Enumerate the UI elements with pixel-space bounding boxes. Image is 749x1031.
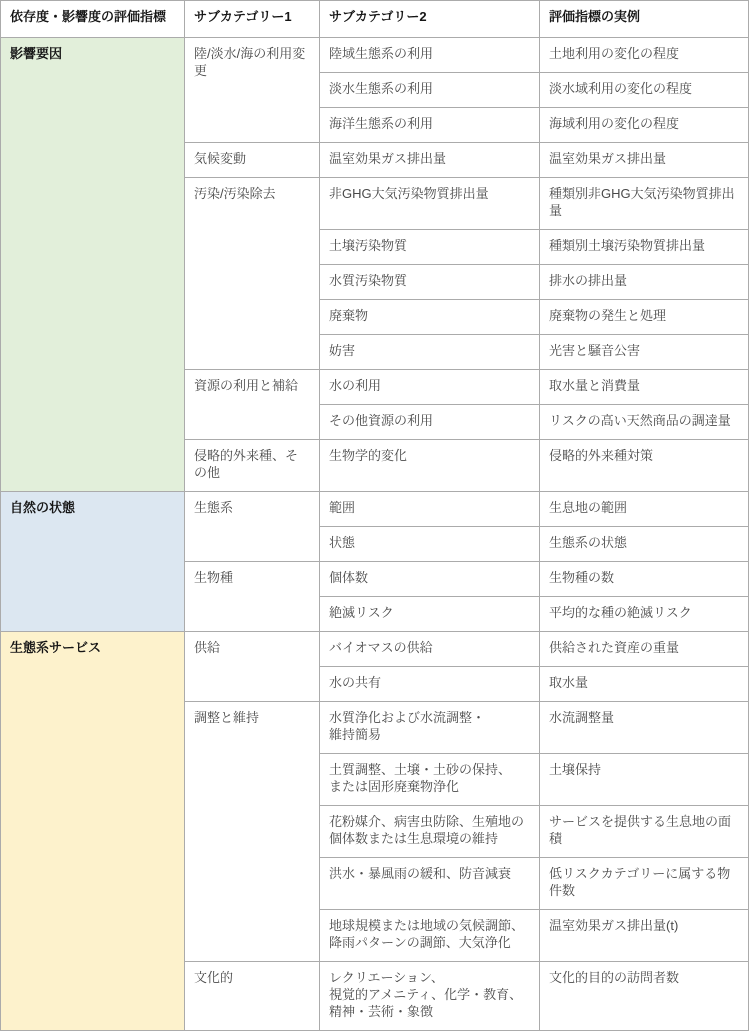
subcategory2-cell: 範囲	[320, 492, 540, 527]
subcategory2-cell: 状態	[320, 527, 540, 562]
subcategory2-cell: 絶滅リスク	[320, 597, 540, 632]
example-cell: 種類別土壌汚染物質排出量	[540, 230, 749, 265]
table-row: 影響要因陸/淡水/海の利用変更陸域生態系の利用土地利用の変化の程度	[1, 38, 749, 73]
subcategory2-cell: 廃棄物	[320, 300, 540, 335]
category-cell: 影響要因	[1, 38, 185, 492]
header-row: 依存度・影響度の評価指標サブカテゴリー1サブカテゴリー2評価指標の実例	[1, 1, 749, 38]
header-cell: サブカテゴリー1	[185, 1, 320, 38]
page: 依存度・影響度の評価指標サブカテゴリー1サブカテゴリー2評価指標の実例 影響要因…	[0, 0, 749, 1031]
subcategory2-cell: 陸域生態系の利用	[320, 38, 540, 73]
example-cell: 温室効果ガス排出量(t)	[540, 910, 749, 962]
subcategory2-cell: 土質調整、土壌・土砂の保持、 または固形廃棄物浄化	[320, 754, 540, 806]
table-row: 生態系サービス供給バイオマスの供給供給された資産の重量	[1, 632, 749, 667]
example-cell: 生物種の数	[540, 562, 749, 597]
example-cell: 種類別非GHG大気汚染物質排出量	[540, 178, 749, 230]
header-cell: 評価指標の実例	[540, 1, 749, 38]
header-cell: 依存度・影響度の評価指標	[1, 1, 185, 38]
subcategory2-cell: 水の共有	[320, 667, 540, 702]
subcategory2-cell: 水の利用	[320, 370, 540, 405]
subcategory2-cell: レクリエーション、 視覚的アメニティ、化学・教育、 精神・芸術・象徴	[320, 962, 540, 1031]
header-cell: サブカテゴリー2	[320, 1, 540, 38]
subcategory1-cell: 供給	[185, 632, 320, 702]
subcategory1-cell: 汚染/汚染除去	[185, 178, 320, 370]
subcategory1-cell: 資源の利用と補給	[185, 370, 320, 440]
example-cell: 廃棄物の発生と処理	[540, 300, 749, 335]
subcategory1-cell: 侵略的外来種、その他	[185, 440, 320, 492]
evaluation-indicator-table: 依存度・影響度の評価指標サブカテゴリー1サブカテゴリー2評価指標の実例 影響要因…	[0, 0, 749, 1031]
example-cell: 温室効果ガス排出量	[540, 143, 749, 178]
subcategory2-cell: 淡水生態系の利用	[320, 73, 540, 108]
example-cell: 土地利用の変化の程度	[540, 38, 749, 73]
subcategory2-cell: 水質浄化および水流調整・ 維持簡易	[320, 702, 540, 754]
subcategory2-cell: その他資源の利用	[320, 405, 540, 440]
subcategory1-cell: 生態系	[185, 492, 320, 562]
table-row: 自然の状態生態系範囲生息地の範囲	[1, 492, 749, 527]
example-cell: 海域利用の変化の程度	[540, 108, 749, 143]
category-cell: 生態系サービス	[1, 632, 185, 1031]
table-body: 影響要因陸/淡水/海の利用変更陸域生態系の利用土地利用の変化の程度淡水生態系の利…	[1, 38, 749, 1031]
subcategory2-cell: 地球規模または地域の気候調節、 降雨パターンの調節、大気浄化	[320, 910, 540, 962]
example-cell: 排水の排出量	[540, 265, 749, 300]
subcategory2-cell: 個体数	[320, 562, 540, 597]
subcategory2-cell: 非GHG大気汚染物質排出量	[320, 178, 540, 230]
example-cell: 取水量	[540, 667, 749, 702]
subcategory2-cell: 土壌汚染物質	[320, 230, 540, 265]
example-cell: 生息地の範囲	[540, 492, 749, 527]
subcategory1-cell: 生物種	[185, 562, 320, 632]
subcategory2-cell: 洪水・暴風雨の緩和、防音減衰	[320, 858, 540, 910]
example-cell: 文化的目的の訪問者数	[540, 962, 749, 1031]
subcategory2-cell: 妨害	[320, 335, 540, 370]
example-cell: 低リスクカテゴリーに属する物件数	[540, 858, 749, 910]
example-cell: 土壌保持	[540, 754, 749, 806]
subcategory1-cell: 調整と維持	[185, 702, 320, 962]
example-cell: リスクの高い天然商品の調達量	[540, 405, 749, 440]
subcategory1-cell: 気候変動	[185, 143, 320, 178]
example-cell: 平均的な種の絶滅リスク	[540, 597, 749, 632]
example-cell: サービスを提供する生息地の面積	[540, 806, 749, 858]
example-cell: 水流調整量	[540, 702, 749, 754]
table-header: 依存度・影響度の評価指標サブカテゴリー1サブカテゴリー2評価指標の実例	[1, 1, 749, 38]
category-cell: 自然の状態	[1, 492, 185, 632]
example-cell: 取水量と消費量	[540, 370, 749, 405]
example-cell: 侵略的外来種対策	[540, 440, 749, 492]
subcategory2-cell: 温室効果ガス排出量	[320, 143, 540, 178]
subcategory2-cell: 生物学的変化	[320, 440, 540, 492]
subcategory2-cell: バイオマスの供給	[320, 632, 540, 667]
example-cell: 生態系の状態	[540, 527, 749, 562]
subcategory2-cell: 海洋生態系の利用	[320, 108, 540, 143]
subcategory2-cell: 花粉媒介、病害虫防除、生殖地の個体数または生息環境の維持	[320, 806, 540, 858]
subcategory1-cell: 文化的	[185, 962, 320, 1031]
subcategory1-cell: 陸/淡水/海の利用変更	[185, 38, 320, 143]
example-cell: 淡水域利用の変化の程度	[540, 73, 749, 108]
subcategory2-cell: 水質汚染物質	[320, 265, 540, 300]
example-cell: 供給された資産の重量	[540, 632, 749, 667]
example-cell: 光害と騒音公害	[540, 335, 749, 370]
